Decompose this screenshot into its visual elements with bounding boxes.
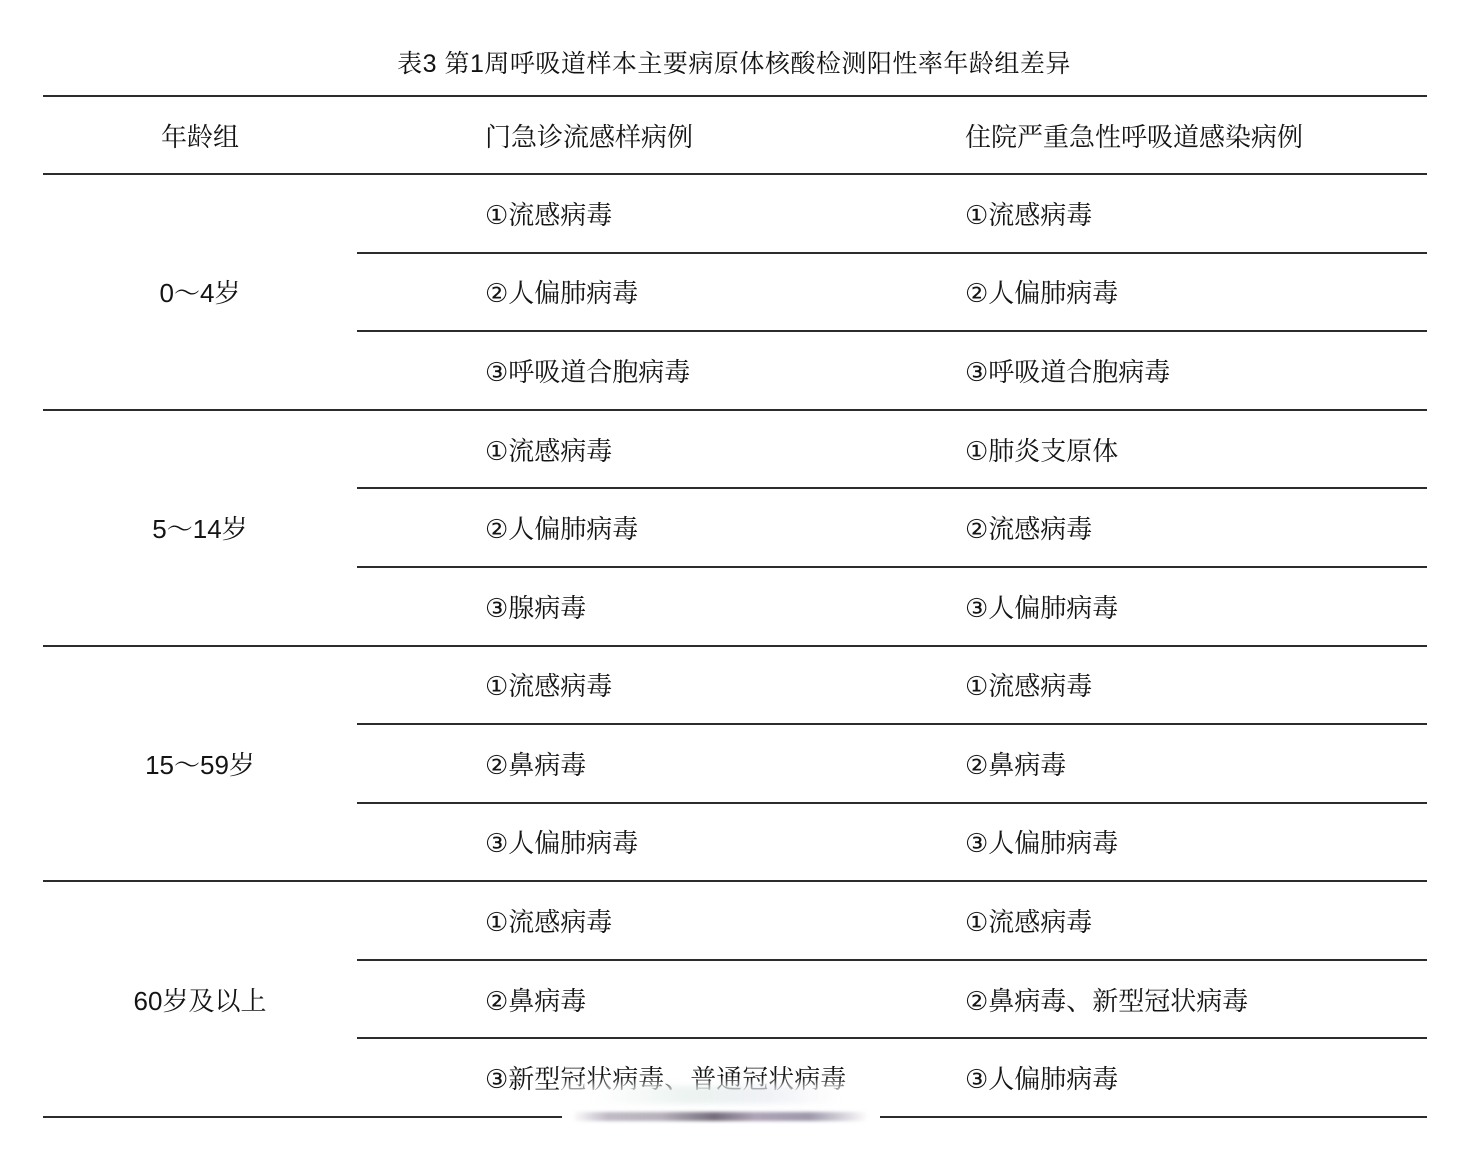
- column-header-outpatient-ili-cases: 门急诊流感样病例: [357, 117, 837, 154]
- age-group-row-15-59: 15～59岁 ①流感病毒 ①流感病毒 ②鼻病毒 ②鼻病毒 ③人偏肺病毒 ③人偏肺…: [43, 647, 1427, 883]
- rank-row-3: ③新型冠状病毒、普通冠状病毒 ③人偏肺病毒: [357, 1039, 1427, 1116]
- cell-inpatient-rank-3: ③人偏肺病毒: [837, 1059, 1427, 1096]
- rank-row-3: ③人偏肺病毒 ③人偏肺病毒: [357, 804, 1427, 881]
- pathogen-rank-rows: ①流感病毒 ①流感病毒 ②鼻病毒 ②鼻病毒、新型冠状病毒 ③新型冠状病毒、普通冠…: [357, 882, 1427, 1116]
- rank-row-1: ①流感病毒 ①流感病毒: [357, 647, 1427, 726]
- rank-row-1: ①流感病毒 ①肺炎支原体: [357, 411, 1427, 490]
- age-group-label: 60岁及以上: [43, 882, 357, 1116]
- cell-inpatient-rank-3: ③人偏肺病毒: [837, 588, 1427, 625]
- rank-row-3: ③呼吸道合胞病毒 ③呼吸道合胞病毒: [357, 332, 1427, 409]
- cell-outpatient-rank-3: ③呼吸道合胞病毒: [357, 352, 837, 389]
- cell-outpatient-rank-2: ②人偏肺病毒: [357, 273, 837, 310]
- cell-inpatient-rank-1: ①流感病毒: [837, 902, 1427, 939]
- cell-inpatient-rank-2: ②鼻病毒、新型冠状病毒: [837, 981, 1427, 1018]
- cell-outpatient-rank-1: ①流感病毒: [357, 666, 837, 703]
- smudge-streak: [572, 1112, 868, 1121]
- cell-outpatient-rank-3: ③腺病毒: [357, 588, 837, 625]
- cell-inpatient-rank-2: ②鼻病毒: [837, 745, 1427, 782]
- smudge-haze: [592, 1086, 840, 1104]
- age-group-label: 15～59岁: [43, 647, 357, 881]
- rank-row-2: ②鼻病毒 ②鼻病毒、新型冠状病毒: [357, 961, 1427, 1040]
- column-header-hospitalized-sari-cases: 住院严重急性呼吸道感染病例: [837, 117, 1427, 154]
- pathogen-table: 年龄组 门急诊流感样病例 住院严重急性呼吸道感染病例 0～4岁 ①流感病毒 ①流…: [43, 95, 1427, 1118]
- cell-outpatient-rank-1: ①流感病毒: [357, 902, 837, 939]
- cell-outpatient-rank-3: ③人偏肺病毒: [357, 823, 837, 860]
- cell-inpatient-rank-2: ②人偏肺病毒: [837, 273, 1427, 310]
- column-header-age-group: 年龄组: [43, 117, 357, 154]
- rank-row-2: ②人偏肺病毒 ②人偏肺病毒: [357, 254, 1427, 333]
- cell-inpatient-rank-3: ③呼吸道合胞病毒: [837, 352, 1427, 389]
- cell-inpatient-rank-1: ①肺炎支原体: [837, 431, 1427, 468]
- age-group-label: 0～4岁: [43, 175, 357, 409]
- cell-inpatient-rank-3: ③人偏肺病毒: [837, 823, 1427, 860]
- age-group-row-5-14: 5～14岁 ①流感病毒 ①肺炎支原体 ②人偏肺病毒 ②流感病毒 ③腺病毒 ③人偏…: [43, 411, 1427, 647]
- age-group-label: 5～14岁: [43, 411, 357, 645]
- rank-row-3: ③腺病毒 ③人偏肺病毒: [357, 568, 1427, 645]
- document-page: 表3 第1周呼吸道样本主要病原体核酸检测阳性率年龄组差异 年龄组 门急诊流感样病…: [0, 0, 1468, 1156]
- pathogen-rank-rows: ①流感病毒 ①肺炎支原体 ②人偏肺病毒 ②流感病毒 ③腺病毒 ③人偏肺病毒: [357, 411, 1427, 645]
- cell-outpatient-rank-2: ②人偏肺病毒: [357, 509, 837, 546]
- table-title: 表3 第1周呼吸道样本主要病原体核酸检测阳性率年龄组差异: [0, 44, 1468, 80]
- age-group-row-0-4: 0～4岁 ①流感病毒 ①流感病毒 ②人偏肺病毒 ②人偏肺病毒 ③呼吸道合胞病毒 …: [43, 175, 1427, 411]
- pathogen-rank-rows: ①流感病毒 ①流感病毒 ②人偏肺病毒 ②人偏肺病毒 ③呼吸道合胞病毒 ③呼吸道合…: [357, 175, 1427, 409]
- table-header-row: 年龄组 门急诊流感样病例 住院严重急性呼吸道感染病例: [43, 97, 1427, 175]
- cell-outpatient-rank-2: ②鼻病毒: [357, 981, 837, 1018]
- watermark-smudge-artifact: [562, 1078, 880, 1126]
- cell-inpatient-rank-1: ①流感病毒: [837, 666, 1427, 703]
- rank-row-2: ②鼻病毒 ②鼻病毒: [357, 725, 1427, 804]
- rank-row-1: ①流感病毒 ①流感病毒: [357, 882, 1427, 961]
- table-body: 0～4岁 ①流感病毒 ①流感病毒 ②人偏肺病毒 ②人偏肺病毒 ③呼吸道合胞病毒 …: [43, 175, 1427, 1116]
- rank-row-2: ②人偏肺病毒 ②流感病毒: [357, 489, 1427, 568]
- pathogen-rank-rows: ①流感病毒 ①流感病毒 ②鼻病毒 ②鼻病毒 ③人偏肺病毒 ③人偏肺病毒: [357, 647, 1427, 881]
- cell-inpatient-rank-1: ①流感病毒: [837, 195, 1427, 232]
- cell-outpatient-rank-2: ②鼻病毒: [357, 745, 837, 782]
- rank-row-1: ①流感病毒 ①流感病毒: [357, 175, 1427, 254]
- cell-outpatient-rank-1: ①流感病毒: [357, 195, 837, 232]
- cell-inpatient-rank-2: ②流感病毒: [837, 509, 1427, 546]
- cell-outpatient-rank-1: ①流感病毒: [357, 431, 837, 468]
